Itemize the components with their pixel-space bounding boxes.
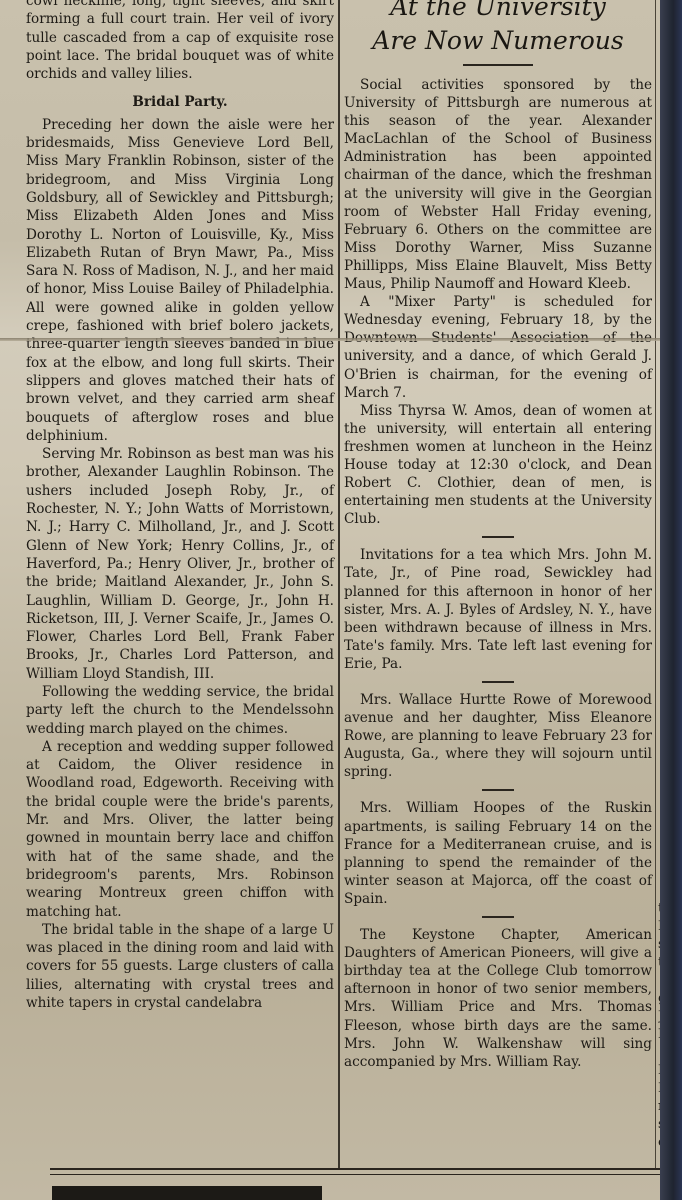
bridal-party-subhead: Bridal Party. (26, 93, 334, 111)
mixer-party-paragraph: A "Mixer Party" is scheduled for Wednesd… (344, 293, 652, 402)
left-column: cowl neckline, long, tight sleeves, and … (26, 0, 334, 1012)
item-separator (482, 916, 514, 918)
keystone-chapter-item: The Keystone Chapter, American Daughters… (344, 926, 652, 1071)
reception-paragraph: A reception and wedding supper followed … (26, 738, 334, 921)
social-activities-paragraph: Social activities sponsored by the Unive… (344, 76, 652, 293)
bridesmaids-paragraph: Preceding her down the aisle were her br… (26, 116, 334, 445)
bridal-table-paragraph: The bridal table in the shape of a large… (26, 921, 334, 1012)
bottom-bar (52, 1186, 322, 1200)
tate-tea-item: Invitations for a tea which Mrs. John M.… (344, 546, 652, 673)
headline-line-2: Are Now Numerous (372, 26, 623, 55)
right-column: At the University Are Now Numerous Socia… (344, 0, 652, 1071)
opening-paragraph: cowl neckline, long, tight sleeves, and … (26, 0, 334, 83)
background-edge (660, 0, 682, 1200)
column-border (655, 0, 656, 1170)
item-separator (482, 681, 514, 683)
paper-fold (0, 338, 660, 341)
hoopes-paragraph: Mrs. William Hoopes of the Ruskin apartm… (344, 799, 652, 908)
headline-line-1: At the University (390, 0, 606, 21)
item-separator (482, 536, 514, 538)
item-separator (482, 789, 514, 791)
keystone-chapter-paragraph: The Keystone Chapter, American Daughters… (344, 926, 652, 1071)
newspaper-clipping: cowl neckline, long, tight sleeves, and … (0, 0, 660, 1200)
hoopes-item: Mrs. William Hoopes of the Ruskin apartm… (344, 799, 652, 908)
best-man-paragraph: Serving Mr. Robinson as best man was his… (26, 445, 334, 683)
bottom-rule (50, 1174, 660, 1175)
rowe-paragraph: Mrs. Wallace Hurtte Rowe of Morewood ave… (344, 691, 652, 781)
wedding-service-paragraph: Following the wedding service, the brida… (26, 683, 334, 738)
bottom-rule (50, 1168, 660, 1170)
rowe-item: Mrs. Wallace Hurtte Rowe of Morewood ave… (344, 691, 652, 781)
column-divider (338, 0, 340, 1170)
headline: At the University Are Now Numerous (344, 0, 652, 58)
luncheon-paragraph: Miss Thyrsa W. Amos, dean of women at th… (344, 402, 652, 529)
university-item: Social activities sponsored by the Unive… (344, 76, 652, 528)
tate-tea-paragraph: Invitations for a tea which Mrs. John M.… (344, 546, 652, 673)
headline-rule (463, 64, 533, 66)
